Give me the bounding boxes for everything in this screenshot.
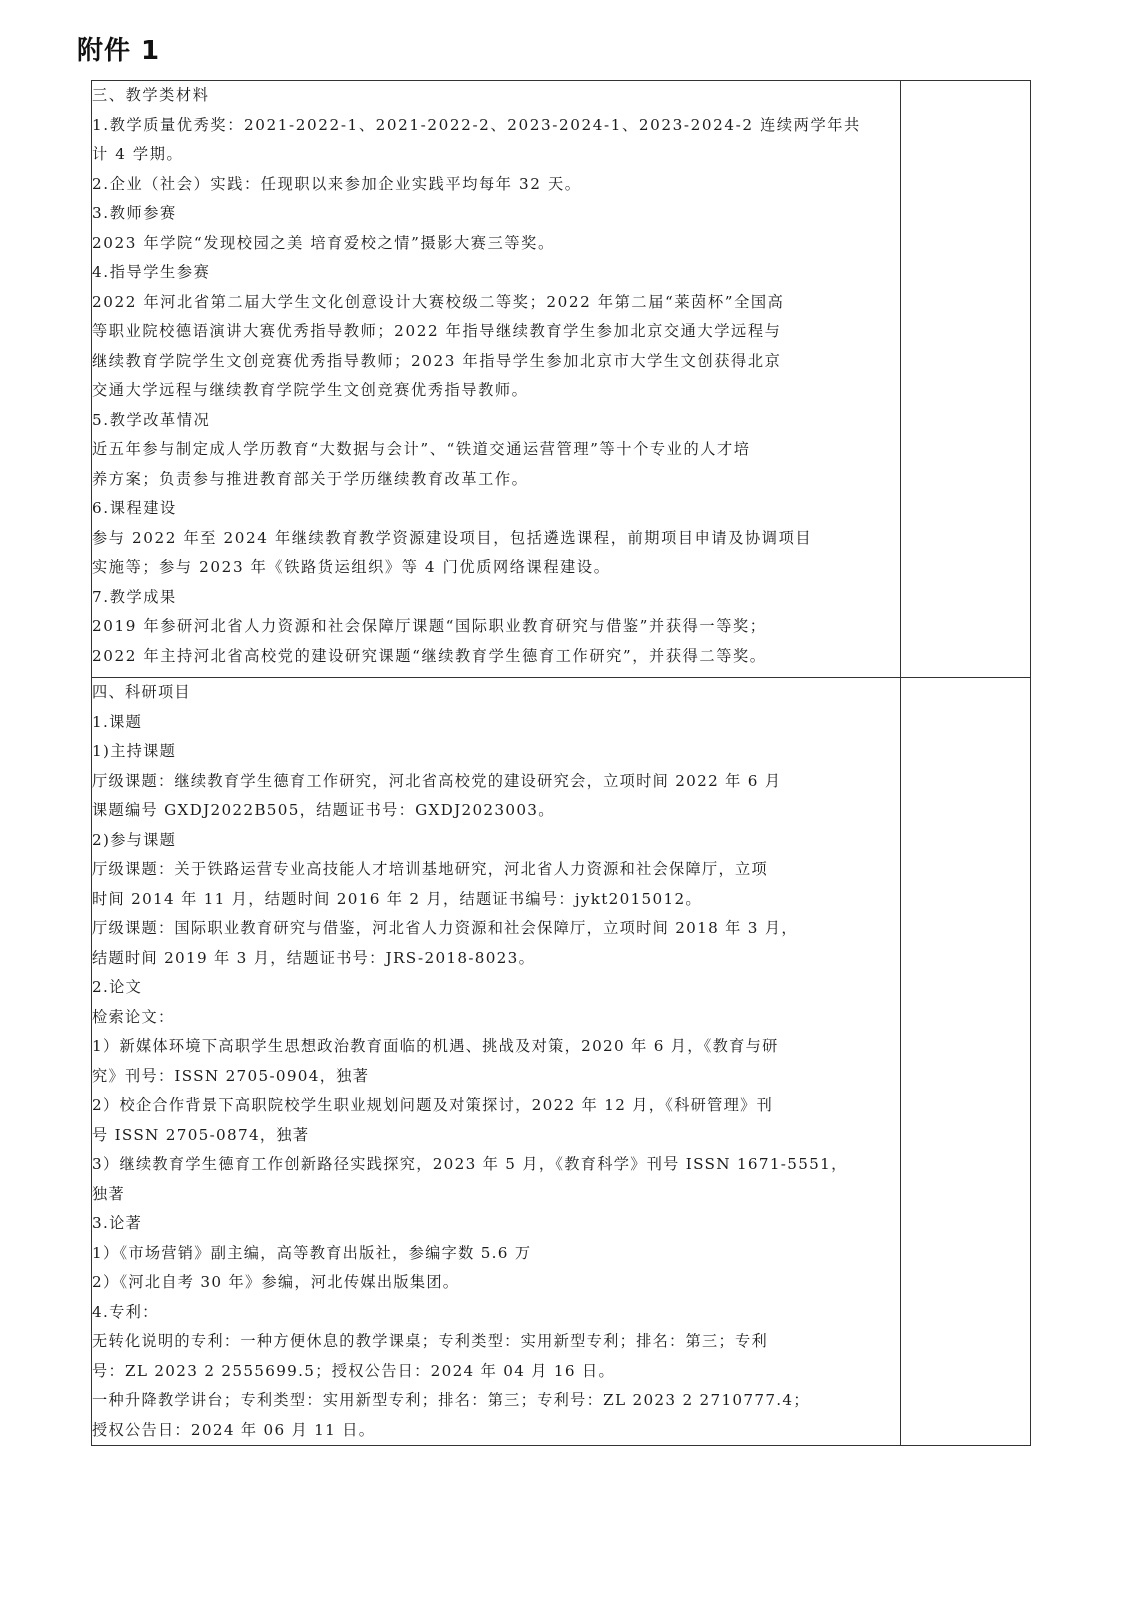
text-line: 2022 年主持河北省高校党的建设研究课题“继续教育学生德育工作研究”，并获得二… (92, 642, 900, 672)
subheading: 1.课题 (92, 708, 900, 738)
text-line: 课题编号 GXDJ2022B505，结题证书号：GXDJ2023003。 (92, 796, 900, 826)
text-line: 究》刊号：ISSN 2705-0904，独著 (92, 1062, 900, 1092)
subheading: 7.教学成果 (92, 583, 900, 613)
subheading: 6.课程建设 (92, 494, 900, 524)
text-line: 实施等；参与 2023 年《铁路货运组织》等 4 门优质网络课程建设。 (92, 553, 900, 583)
remarks-cell-research (900, 678, 1030, 1446)
text-line: 2022 年河北省第二届大学生文化创意设计大赛校级二等奖；2022 年第二届“莱… (92, 288, 900, 318)
text-line: 等职业院校德语演讲大赛优秀指导教师；2022 年指导继续教育学生参加北京交通大学… (92, 317, 900, 347)
text-line: 厅级课题：国际职业教育研究与借鉴，河北省人力资源和社会保障厅，立项时间 2018… (92, 914, 900, 944)
text-line: 检索论文： (92, 1003, 900, 1033)
text-line: 1.教学质量优秀奖：2021-2022-1、2021-2022-2、2023-2… (92, 111, 900, 141)
subheading: 2.论文 (92, 973, 900, 1003)
text-line: 近五年参与制定成人学历教育“大数据与会计”、“铁道交通运营管理”等十个专业的人才… (92, 435, 900, 465)
text-line: 时间 2014 年 11 月，结题时间 2016 年 2 月，结题证书编号：jy… (92, 885, 900, 915)
text-line: 号：ZL 2023 2 2555699.5；授权公告日：2024 年 04 月 … (92, 1357, 900, 1387)
attachment-title: 附件 1 (77, 30, 160, 67)
text-line: 授权公告日：2024 年 06 月 11 日。 (92, 1416, 900, 1446)
table-row-research: 四、科研项目 1.课题 1)主持课题 厅级课题：继续教育学生德育工作研究，河北省… (92, 678, 1031, 1446)
text-line: 厅级课题：继续教育学生德育工作研究，河北省高校党的建设研究会，立项时间 2022… (92, 767, 900, 797)
subheading: 5.教学改革情况 (92, 406, 900, 436)
text-line: 2.企业（社会）实践：任现职以来参加企业实践平均每年 32 天。 (92, 170, 900, 200)
subheading: 3.论著 (92, 1209, 900, 1239)
text-line: 厅级课题：关于铁路运营专业高技能人才培训基地研究，河北省人力资源和社会保障厅，立… (92, 855, 900, 885)
text-line: 继续教育学院学生文创竞赛优秀指导教师；2023 年指导学生参加北京市大学生文创获… (92, 347, 900, 377)
text-line: 参与 2022 年至 2024 年继续教育教学资源建设项目，包括遴选课程，前期项… (92, 524, 900, 554)
text-line: 交通大学远程与继续教育学院学生文创竞赛优秀指导教师。 (92, 376, 900, 406)
remarks-cell-teaching (900, 81, 1030, 678)
text-line: 2019 年参研河北省人力资源和社会保障厅课题“国际职业教育研究与借鉴”并获得一… (92, 612, 900, 642)
text-line: 1）《市场营销》副主编，高等教育出版社，参编字数 5.6 万 (92, 1239, 900, 1269)
teaching-materials-cell: 三、教学类材料 1.教学质量优秀奖：2021-2022-1、2021-2022-… (92, 81, 901, 678)
research-projects-cell: 四、科研项目 1.课题 1)主持课题 厅级课题：继续教育学生德育工作研究，河北省… (92, 678, 901, 1446)
text-line: 结题时间 2019 年 3 月，结题证书号：JRS-2018-8023。 (92, 944, 900, 974)
table-row-teaching: 三、教学类材料 1.教学质量优秀奖：2021-2022-1、2021-2022-… (92, 81, 1031, 678)
text-line: 独著 (92, 1180, 900, 1210)
text-line: 2023 年学院“发现校园之美 培育爱校之情”摄影大赛三等奖。 (92, 229, 900, 259)
text-line: 3）继续教育学生德育工作创新路径实践探究，2023 年 5 月，《教育科学》刊号… (92, 1150, 900, 1180)
section-heading-teaching: 三、教学类材料 (92, 81, 900, 111)
text-line: 一种升降教学讲台；专利类型：实用新型专利；排名：第三；专利号：ZL 2023 2… (92, 1386, 900, 1416)
text-line: 无转化说明的专利：一种方便休息的教学课桌；专利类型：实用新型专利；排名：第三；专… (92, 1327, 900, 1357)
subheading: 4.指导学生参赛 (92, 258, 900, 288)
subheading: 4.专利： (92, 1298, 900, 1328)
text-line: 计 4 学期。 (92, 140, 900, 170)
materials-table: 三、教学类材料 1.教学质量优秀奖：2021-2022-1、2021-2022-… (91, 80, 1031, 1446)
section-heading-research: 四、科研项目 (92, 678, 900, 708)
text-line: 2）《河北自考 30 年》参编，河北传媒出版集团。 (92, 1268, 900, 1298)
subheading: 2)参与课题 (92, 826, 900, 856)
subheading: 3.教师参赛 (92, 199, 900, 229)
text-line: 1）新媒体环境下高职学生思想政治教育面临的机遇、挑战及对策，2020 年 6 月… (92, 1032, 900, 1062)
text-line: 养方案；负责参与推进教育部关于学历继续教育改革工作。 (92, 465, 900, 495)
text-line: 2）校企合作背景下高职院校学生职业规划问题及对策探讨，2022 年 12 月，《… (92, 1091, 900, 1121)
text-line: 号 ISSN 2705-0874，独著 (92, 1121, 900, 1151)
subheading: 1)主持课题 (92, 737, 900, 767)
